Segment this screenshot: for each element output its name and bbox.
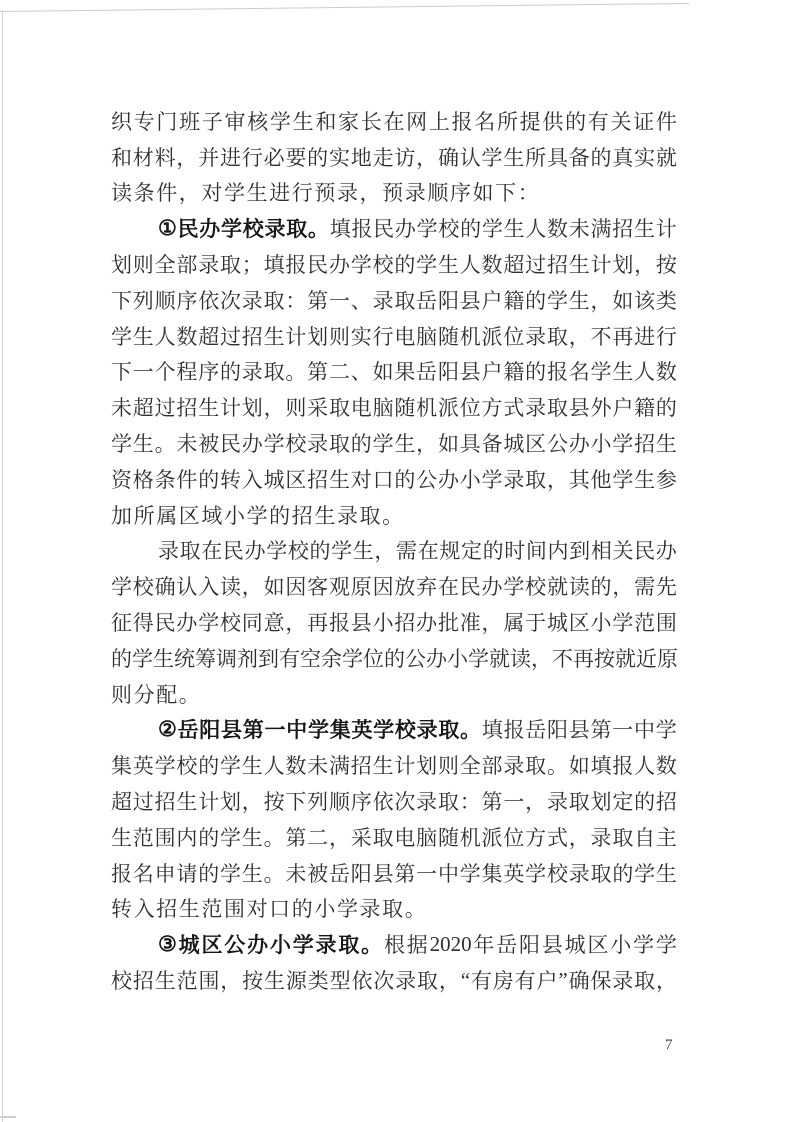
glyph: 户 [482,285,503,315]
glyph: 计 [220,392,241,422]
glyph: ② [158,717,177,742]
glyph: 招 [307,464,328,494]
glyph: 办 [416,607,437,637]
glyph: 则 [111,679,132,709]
glyph: ① [158,216,177,241]
glyph: 招 [155,786,176,816]
glyph: 取 [634,965,655,995]
glyph: 招 [634,428,655,458]
glyph: 满 [329,750,350,780]
glyph: 再 [573,643,594,673]
glyph: 取 [394,285,415,315]
glyph: 城 [179,929,200,959]
glyph: 办 [245,535,266,565]
glyph: 提 [520,106,541,136]
glyph: 主 [656,822,677,852]
glyph: 随 [394,392,415,422]
page-number: 7 [665,1037,673,1054]
glyph: 就 [656,142,677,172]
glyph: 的 [591,142,612,172]
glyph: 关 [612,535,633,565]
glyph: 依 [373,786,394,816]
glyph: ， [656,965,677,995]
glyph: 源 [286,965,307,995]
glyph: 进 [634,321,655,351]
glyph: 筹 [195,643,216,673]
glyph: 行 [242,142,263,172]
glyph: 划 [416,750,437,780]
glyph: 实 [351,321,372,351]
glyph: 民 [460,571,481,601]
glyph: 的 [384,643,405,673]
glyph: 办 [569,428,590,458]
glyph: 岳 [329,858,350,888]
glyph: 。 [179,679,200,709]
glyph: 专 [134,106,155,136]
text-line: 加所属区域小学的招生录取。 [111,497,677,533]
glyph: 采 [351,822,372,852]
glyph: 范 [201,893,222,923]
text-body: 织专门班子审核学生和家长在网上报名所提供的有关证件和材料，并进行必要的实地走访，… [111,103,677,998]
glyph: 学 [266,535,287,565]
glyph: 二 [329,356,350,386]
glyph: 英 [133,750,154,780]
glyph: 学 [111,428,132,458]
glyph: 、 [351,285,372,315]
glyph: 脑 [416,321,437,351]
glyph: 录 [503,464,524,494]
glyph: 籍 [503,285,524,315]
glyph: 招 [351,750,372,780]
glyph: 录 [265,213,286,243]
glyph: 区 [587,929,608,959]
glyph: 不 [552,643,573,673]
glyph: 行 [292,177,313,207]
glyph: 一 [329,285,350,315]
glyph: 县 [569,392,590,422]
glyph: 过 [220,321,241,351]
glyph: 空 [300,643,321,673]
glyph: 备 [569,142,590,172]
glyph: 生 [634,213,655,243]
glyph: 小 [373,607,394,637]
glyph: 的 [198,858,219,888]
glyph: 县 [373,858,394,888]
glyph: 的 [591,571,612,601]
glyph: 生 [179,893,200,923]
glyph: 学 [656,929,677,959]
glyph: 计 [198,786,219,816]
glyph: 录 [503,750,524,780]
glyph: 报 [111,858,132,888]
glyph: 取 [264,356,285,386]
glyph: 访 [394,142,415,172]
glyph: 过 [525,249,546,279]
glyph: 校 [176,750,197,780]
glyph: 户 [612,392,633,422]
glyph: 办 [426,643,447,673]
glyph: 位 [503,822,524,852]
glyph: 转 [111,893,132,923]
glyph: 小 [591,607,612,637]
glyph: 城 [565,929,586,959]
glyph: 生 [329,464,350,494]
glyph: 学 [612,428,633,458]
glyph: 客 [307,571,328,601]
glyph: 生 [176,786,197,816]
glyph: 地 [351,142,372,172]
glyph: 调 [216,643,237,673]
glyph: 县 [460,285,481,315]
glyph: 子 [202,106,223,136]
glyph: 籍 [503,356,524,386]
glyph: 方 [482,392,503,422]
glyph: 电 [394,822,415,852]
glyph: 程 [176,356,197,386]
glyph: 的 [656,392,677,422]
glyph: 学 [132,643,153,673]
glyph: 年 [473,929,494,959]
glyph: 中 [438,858,459,888]
glyph: ， [360,177,381,207]
glyph: 取 [417,965,438,995]
glyph: 不 [591,321,612,351]
glyph: 区 [201,929,222,959]
glyph: 学 [633,929,654,959]
glyph: 数 [285,750,306,780]
glyph: 英 [503,858,524,888]
glyph: ， [525,786,546,816]
glyph: 范 [177,965,198,995]
glyph: 第 [482,786,503,816]
glyph: 类 [656,285,677,315]
glyph: 学 [612,464,633,494]
glyph: 学 [111,571,132,601]
glyph: 个 [155,356,176,386]
glyph: 学 [264,428,285,458]
glyph: 生 [656,428,677,458]
glyph: 学 [612,607,633,637]
glyph: 录 [198,249,219,279]
glyph: 位 [503,321,524,351]
glyph: 岳 [178,714,199,744]
glyph: 网 [406,106,427,136]
glyph: 派 [482,321,503,351]
glyph: 围 [224,893,245,923]
glyph: 的 [198,822,219,852]
glyph: 超 [111,786,132,816]
glyph: 二 [307,822,328,852]
glyph: 学 [331,535,352,565]
glyph: 预 [382,177,403,207]
glyph: 学 [351,249,372,279]
glyph: 的 [394,464,415,494]
glyph: 招 [133,965,154,995]
glyph: 城 [264,464,285,494]
glyph: 办 [395,213,416,243]
glyph: ， [591,285,612,315]
glyph: 读 [111,177,132,207]
glyph: 学 [111,321,132,351]
glyph: 家 [338,106,359,136]
glyph: 有 [471,965,492,995]
glyph: ③ [158,932,177,957]
glyph: 学 [503,571,524,601]
glyph: 在 [383,106,404,136]
glyph: 划 [220,786,241,816]
glyph: 次 [220,285,241,315]
glyph: 校 [285,428,306,458]
text-line: 读条件，对学生进行预录，预录顺序如下： [111,175,677,211]
glyph: 县 [351,607,372,637]
glyph: 。 [264,822,285,852]
glyph: 生 [264,321,285,351]
glyph: 超 [503,249,524,279]
glyph: 生 [293,106,314,136]
glyph: 派 [482,822,503,852]
glyph: 岳 [416,356,437,386]
glyph: 资 [111,464,132,494]
glyph: 未 [569,213,590,243]
glyph: 办 [329,249,350,279]
glyph: 顺 [427,177,448,207]
glyph: 果 [394,356,415,386]
glyph: ， [634,249,655,279]
glyph: 入 [242,464,263,494]
glyph: 次 [373,965,394,995]
glyph: 生 [111,822,132,852]
glyph: 审 [225,106,246,136]
glyph: 派 [438,392,459,422]
glyph: 校 [133,571,154,601]
glyph: 校 [220,607,241,637]
glyph: 学 [482,142,503,172]
glyph: 属 [156,500,177,530]
glyph: 填 [591,750,612,780]
glyph: 定 [461,535,482,565]
glyph: 余 [321,643,342,673]
glyph: 学 [247,500,268,530]
glyph: 类 [308,965,329,995]
glyph: 学 [224,177,245,207]
glyph: 办 [656,535,677,565]
glyph: 学 [270,106,291,136]
glyph: 生 [198,392,219,422]
glyph: 未 [176,428,197,458]
glyph: 招 [156,893,177,923]
glyph: 征 [111,607,132,637]
glyph: 校 [373,249,394,279]
glyph: 第 [591,714,612,744]
glyph: 材 [133,142,154,172]
scan-edge-bottom [0,1116,16,1118]
glyph: 人 [264,750,285,780]
glyph: 被 [307,858,328,888]
glyph: 学 [634,858,655,888]
glyph: 录 [395,965,416,995]
glyph: 房 [493,965,514,995]
glyph: 计 [656,213,677,243]
glyph: 集 [482,858,503,888]
glyph: 小 [591,428,612,458]
glyph: 生 [242,822,263,852]
glyph: 人 [460,249,481,279]
text-line: 超过招生计划，按下列顺序依次录取：第一，录取划定的招 [111,783,677,819]
glyph: 录 [360,893,381,923]
glyph: 生 [133,321,154,351]
glyph: 学 [342,643,363,673]
glyph: 满 [591,213,612,243]
glyph: 办 [482,571,503,601]
glyph: 民 [307,249,328,279]
glyph: 取 [525,750,546,780]
glyph: 和 [111,142,132,172]
glyph: 划 [242,392,263,422]
glyph: 岳 [525,714,546,744]
glyph: 外 [591,392,612,422]
glyph: 校 [395,714,416,744]
glyph: 招 [612,213,633,243]
glyph: 据 [407,929,428,959]
glyph: 如 [612,285,633,315]
glyph: 生 [373,750,394,780]
glyph: 生 [394,428,415,458]
glyph: 县 [542,929,563,959]
glyph: 报 [612,750,633,780]
glyph: 所 [525,142,546,172]
glyph: 小 [610,929,631,959]
glyph: 对 [247,893,268,923]
glyph: 部 [176,249,197,279]
glyph: 件 [156,177,177,207]
glyph: 招 [292,500,313,530]
glyph: 件 [176,464,197,494]
glyph: 证 [633,106,654,136]
glyph: 入 [198,571,219,601]
glyph: 围 [155,822,176,852]
glyph: 超 [198,321,219,351]
glyph: 确 [438,142,459,172]
glyph: 县 [460,356,481,386]
glyph: 范 [634,607,655,637]
glyph: 划 [591,786,612,816]
text-line: 校招生范围，按生源类型依次录取，“有房有户”确保录取， [111,962,677,998]
glyph: 同 [242,607,263,637]
glyph: 学 [220,822,241,852]
glyph: 过 [155,392,176,422]
glyph: 取 [264,285,285,315]
glyph: 下 [111,285,132,315]
glyph: 录 [547,786,568,816]
glyph: 的 [198,464,219,494]
glyph: 填 [482,714,503,744]
glyph: 属 [503,607,524,637]
glyph: 织 [111,106,132,136]
glyph: 公 [416,464,437,494]
glyph: 门 [156,106,177,136]
glyph: 序 [198,356,219,386]
glyph: 的 [269,500,290,530]
glyph: 条 [134,177,155,207]
glyph: 第 [394,858,415,888]
glyph: 户 [482,356,503,386]
glyph: 料 [155,142,176,172]
glyph: 阳 [199,714,220,744]
glyph: 未 [111,392,132,422]
glyph: 录 [242,285,263,315]
glyph: ， [612,571,633,601]
glyph: 就 [547,571,568,601]
glyph: 报 [351,213,372,243]
glyph: 顺 [155,285,176,315]
glyph: 供 [542,106,563,136]
glyph: 需 [634,571,655,601]
glyph: 集 [330,714,351,744]
glyph: 。 [155,428,176,458]
glyph: 电 [394,321,415,351]
glyph: 有 [515,965,536,995]
glyph: 计 [285,321,306,351]
glyph: 生 [504,213,525,243]
text-line: ③城区公办小学录取。根据2020年岳阳县城区小学学 [111,926,677,962]
glyph: 准 [460,607,481,637]
glyph: 下 [495,177,516,207]
glyph: 录 [337,500,358,530]
glyph: 公 [405,643,426,673]
glyph: 所 [497,106,518,136]
glyph: ， [242,786,263,816]
text-line: 和材料，并进行必要的实地走访，确认学生所具备的真实就 [111,139,677,175]
glyph: 生 [612,356,633,386]
glyph: 脑 [416,822,437,852]
glyph: 备 [482,428,503,458]
glyph: 计 [394,750,415,780]
glyph: 取 [329,428,350,458]
glyph: 在 [201,535,222,565]
glyph: 加 [111,500,132,530]
glyph: 相 [591,535,612,565]
glyph: 该 [634,285,655,315]
glyph: 参 [656,464,677,494]
glyph: 一 [265,714,286,744]
glyph: 有 [279,643,300,673]
glyph: 读 [510,643,531,673]
glyph: 需 [396,535,417,565]
glyph: ， [264,392,285,422]
glyph: 报 [285,249,306,279]
glyph: ， [220,965,241,995]
text-line: 划则全部录取；填报民办学校的学生人数超过招生计划，按 [111,246,677,282]
glyph: 招 [656,786,677,816]
glyph: 取 [438,786,459,816]
glyph: 学 [337,893,358,923]
glyph: 学 [656,714,677,744]
glyph: 剂 [237,643,258,673]
document-page: 织专门班子审核学生和家长在网上报名所提供的有关证件和材料，并进行必要的实地走访，… [0,0,793,1122]
glyph: 的 [111,643,132,673]
glyph: 取 [373,822,394,852]
glyph: 近 [636,643,657,673]
glyph: 小 [270,929,291,959]
glyph: 时 [504,535,525,565]
glyph: 办 [199,213,220,243]
glyph: 按 [264,786,285,816]
glyph: 阳 [519,929,540,959]
glyph: 招 [394,607,415,637]
glyph: 根 [384,929,405,959]
text-line: 织专门班子审核学生和家长在网上报名所提供的有关证件 [111,103,677,139]
glyph: 公 [224,929,245,959]
